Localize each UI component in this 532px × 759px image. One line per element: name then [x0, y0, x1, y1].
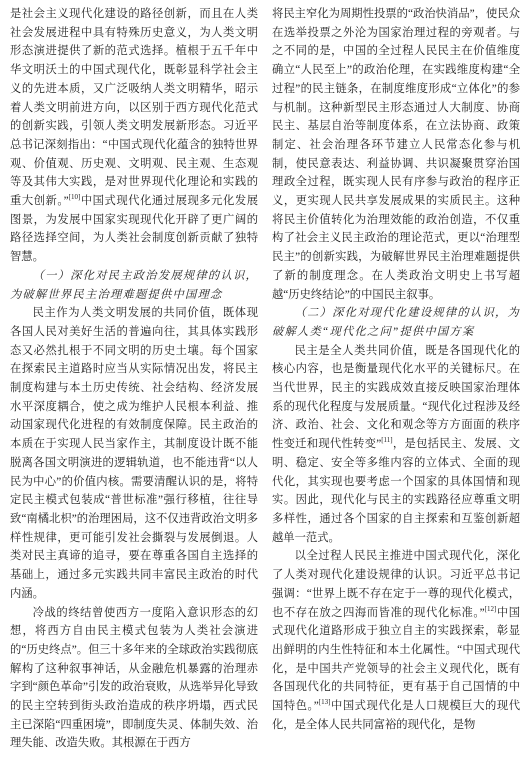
paragraph: 以全过程人民民主推进中国式现代化，深化了人类对现代化建设规律的认识。习近平总书记… [272, 547, 520, 734]
subsection-heading-two: （二）深化对现代化建设规律的认识，为破解人类“现代化之问”提供中国方案 [272, 304, 520, 341]
article-column-right: 将民主窄化为周期性投票的“政治快消品”，使民众在选举投票之外沦为国家治理过程的旁… [272, 5, 520, 759]
article-column-left: 是社会主义现代化建设的路径创新，而且在人类社会发展进程中具有特殊历史意义，为人类… [10, 5, 258, 759]
paragraph: 冷战的终结曾使西方一度陷入意识形态的幻想，将西方自由民主模式包装为人类社会演进的… [10, 604, 258, 754]
footnote-ref-11: [11] [381, 436, 392, 444]
footnote-ref-10: [10] [69, 193, 81, 201]
paragraph: 民主作为人类文明发展的共同价值，既体现各国人民对美好生活的普遍向往，其具体实践形… [10, 304, 258, 603]
paragraph: 是社会主义现代化建设的路径创新，而且在人类社会发展进程中具有特殊历史意义，为人类… [10, 5, 258, 267]
paragraph-text: ，是包括民主、发展、文明、稳定、安全等多维内容的立体式、全面的现代化，其实现也要… [272, 438, 520, 544]
paragraph: 将民主窄化为周期性投票的“政治快消品”，使民众在选举投票之外沦为国家治理过程的旁… [272, 5, 520, 304]
paragraph-text: 中国式现代化道路形成于独立自主的实践探索，彰显出鲜明的内生性特征和本土化属性。“… [272, 607, 520, 713]
article-page: 是社会主义现代化建设的路径创新，而且在人类社会发展进程中具有特殊历史意义，为人类… [0, 0, 532, 759]
paragraph: 民主是全人类共同价值，既是各国现代化的核心内容，也是衡量现代化水平的关键标尺。在… [272, 342, 520, 548]
footnote-ref-13: [13] [319, 698, 331, 706]
paragraph-text: 民主是全人类共同价值，既是各国现代化的核心内容，也是衡量现代化水平的关键标尺。在… [272, 345, 520, 451]
paragraph-text: 是社会主义现代化建设的路径创新，而且在人类社会发展进程中具有特殊历史意义，为人类… [10, 8, 258, 207]
subsection-heading-one: （一）深化对民主政治发展规律的认识，为破解世界民主治理难题提供中国理念 [10, 267, 258, 304]
footnote-ref-12: [12] [485, 605, 497, 613]
paragraph-text: 以全过程人民民主推进中国式现代化，深化了人类对现代化建设规律的认识。习近平总书记… [272, 550, 520, 618]
